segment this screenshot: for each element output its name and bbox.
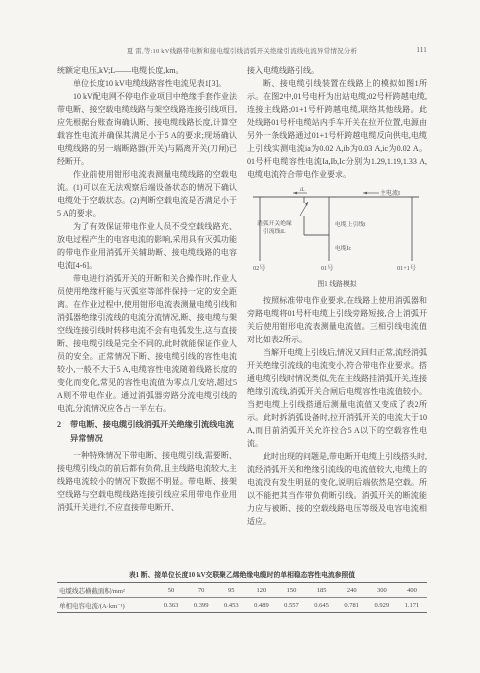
switch-label-line1: 消弧开关绝缘 — [257, 219, 292, 227]
running-header-title: 夏 雷,等:10 kV线路带电断和接电缆引线消弧开关绝缘引流线电流异常情况分析 — [127, 48, 357, 55]
pole-02-label: 02号 — [253, 264, 265, 272]
table-cell: 240 — [337, 583, 367, 598]
switch-label-line2: 引流线iL — [263, 227, 286, 235]
table-1-block: 表1 断、接单位长度10 kV交联聚乙烯绝缘电缆时的单相稳态容性电流参照值 电缆… — [57, 569, 427, 613]
table-cell: 150 — [276, 583, 306, 598]
running-header: 夏 雷,等:10 kV线路带电断和接电缆引线消弧开关绝缘引流线电流异常情况分析 … — [57, 46, 427, 58]
table-cell: 0.929 — [367, 598, 397, 613]
paper-page: 夏 雷,等:10 kV线路带电断和接电缆引线消弧开关绝缘引流线电流异常情况分析 … — [0, 0, 480, 673]
table-cell: 0.489 — [246, 598, 276, 613]
capacitive-current-table: 电缆线芯横截面积/mm² 50 70 95 120 150 185 240 30… — [57, 582, 427, 613]
left-column: 统额定电压,kV;L——电缆长度,km。 单位长度10 kV电缆线路容性电流见表… — [57, 64, 237, 561]
table-cell: 50 — [156, 583, 186, 598]
table-cell: 0.645 — [307, 598, 337, 613]
right-column: 接入电缆线路引线。 断、接电缆引线装置在线路上的模拟如图1所示。在图2中,01号… — [247, 64, 427, 561]
paragraph-continuation: 统额定电压,kV;L——电缆长度,km。 — [57, 64, 237, 77]
main-current-arrowhead — [363, 192, 367, 195]
table-cell: 0.453 — [216, 598, 246, 613]
switch-blade-arrowhead — [305, 202, 308, 206]
paragraph: 一种特殊情况下带电断、接电缆引线,需要断、接电缆引线点的前后都有负荷,且主线路电… — [57, 449, 237, 514]
section-number: 2 — [57, 418, 65, 446]
table-cell: 300 — [367, 583, 397, 598]
table-cell: 0.399 — [186, 598, 216, 613]
table-cell: 0.557 — [276, 598, 306, 613]
paragraph: 为了有效保证带电作业人员不受空载线路充、放电过程产生的电容电流的影响,采用具有灭… — [57, 220, 237, 272]
pole-01plus1-label: 01+1号 — [397, 264, 416, 272]
cable-upper-lead-label: 电缆上引线i — [335, 220, 366, 228]
table-cell: 0.781 — [337, 598, 367, 613]
table-cell: 185 — [307, 583, 337, 598]
row-label-cross-section: 电缆线芯横截面积/mm² — [57, 583, 156, 598]
il-label: iL — [300, 187, 305, 193]
figure-1-line-simulation: iL 主电流I 消弧开关绝缘 引流线iL 电缆上引线i 电缆Ic 02号 01号… — [247, 185, 427, 291]
pole-01-label: 01号 — [321, 264, 333, 272]
table-cell: 120 — [246, 583, 276, 598]
table-cell: 400 — [397, 583, 427, 598]
il-arrowhead — [293, 192, 297, 195]
paragraph: 按照标准带电作业要求,在线路上使用消弧器和旁路电缆将01号杆电缆上引线旁路短接,… — [247, 294, 427, 346]
paragraph: 当解开电缆上引线后,情况又回归正常,流经消弧开关绝缘引流线的电流变小,符合带电作… — [247, 346, 427, 450]
circuit-diagram: iL 主电流I 消弧开关绝缘 引流线iL 电缆上引线i 电缆Ic 02号 01号… — [247, 185, 427, 277]
figure-caption: 图1 线路模拟 — [247, 278, 427, 291]
cable-label: 电缆Ic — [335, 244, 352, 252]
paragraph: 单位长度10 kV电缆线路容性电流见表1[3]。 — [57, 77, 237, 90]
paragraph: 断、接电缆引线装置在线路上的模拟如图1所示。在图2中,01号电杆为出站电缆;02… — [247, 77, 427, 181]
section-heading-2: 2 带电断、接电缆引线消弧开关绝缘引流线电流异常情况 — [57, 418, 237, 446]
paragraph-continuation: 接入电缆线路引线。 — [247, 64, 427, 77]
row-label-capacitive-current: 单相电容电流/(A·km⁻¹) — [57, 598, 156, 613]
paragraph: 10 kV配电网不停电作业项目中绝缘手套作业法带电断、接空载电缆线路与架空线路连… — [57, 90, 237, 168]
paragraph: 带电进行消弧开关的开断和关合操作时,作业人员使用绝缘杆能与灭弧室等部件保持一定的… — [57, 272, 237, 415]
paragraph: 此时出现的问题是,带电断开电缆上引线搭头时,流经消弧开关和绝缘引流线的电流值较大… — [247, 450, 427, 528]
body-columns: 统额定电压,kV;L——电缆长度,km。 单位长度10 kV电缆线路容性电流见表… — [57, 64, 427, 561]
table-cell: 0.363 — [156, 598, 186, 613]
table-row-header: 电缆线芯横截面积/mm² 50 70 95 120 150 185 240 30… — [57, 583, 427, 598]
table-cell: 1.171 — [397, 598, 427, 613]
table-row-values: 单相电容电流/(A·km⁻¹) 0.363 0.399 0.453 0.489 … — [57, 598, 427, 613]
main-current-label: 主电流I — [380, 189, 400, 197]
section-title: 带电断、接电缆引线消弧开关绝缘引流线电流异常情况 — [70, 418, 237, 446]
table-cell: 70 — [186, 583, 216, 598]
page-number: 111 — [416, 46, 427, 54]
table-cell: 95 — [216, 583, 246, 598]
table-caption: 表1 断、接单位长度10 kV交联聚乙烯绝缘电缆时的单相稳态容性电流参照值 — [57, 569, 427, 579]
paragraph: 作业前使用钳形电流表测量电缆线路的空载电流。(1)可以在无法观察后端设备状态的情… — [57, 168, 237, 220]
